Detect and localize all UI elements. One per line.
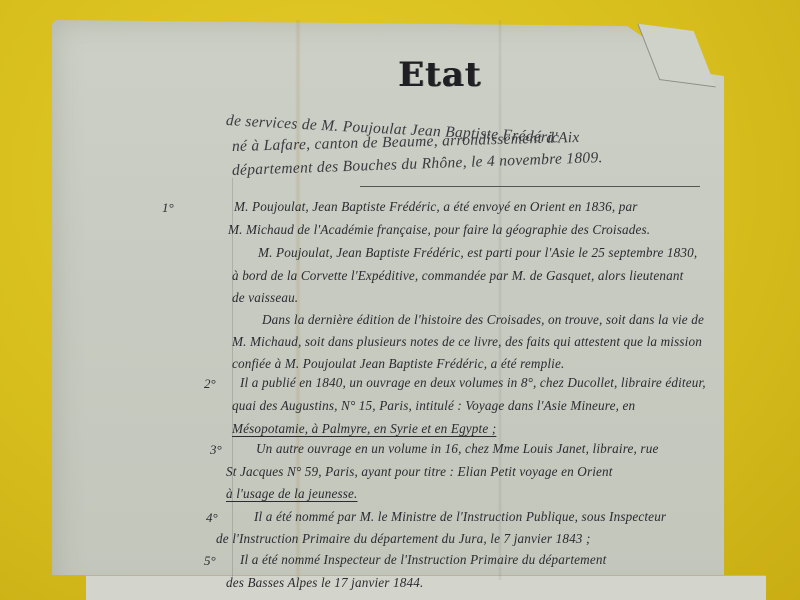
item-line: St Jacques N° 59, Paris, ayant pour titr…: [226, 464, 613, 480]
item-line: à l'usage de la jeunesse.: [226, 486, 357, 502]
item-line: M. Poujoulat, Jean Baptiste Frédéric, a …: [234, 199, 638, 215]
item-line: de l'Instruction Primaire du département…: [216, 531, 591, 547]
item-line: des Basses Alpes le 17 janvier 1844.: [226, 575, 423, 591]
item-line: de vaisseau.: [232, 290, 298, 306]
item-line: Mésopotamie, à Palmyre, en Syrie et en E…: [232, 421, 496, 437]
page-bottom-fold: [86, 575, 766, 600]
item-line: M. Poujoulat, Jean Baptiste Frédéric, es…: [258, 245, 697, 261]
margin-rule: [232, 178, 233, 578]
item-line: Il a été nommé Inspecteur de l'Instructi…: [240, 552, 606, 568]
item-line: M. Michaud de l'Académie française, pour…: [228, 222, 650, 238]
item-line: Un autre ouvrage en un volume in 16, che…: [256, 441, 658, 457]
item-number: 3°: [210, 442, 222, 458]
item-number: 1°: [162, 200, 174, 216]
item-line: Dans la dernière édition de l'histoire d…: [262, 312, 704, 328]
item-number: 5°: [204, 553, 216, 569]
item-number: 4°: [206, 510, 218, 526]
item-line: confiée à M. Poujoulat Jean Baptiste Fré…: [232, 356, 564, 372]
document-title: Etat: [398, 55, 481, 95]
item-line: quai des Augustins, N° 15, Paris, intitu…: [232, 398, 635, 414]
heading-underline: [360, 186, 700, 187]
paper-crease-right: [498, 20, 502, 580]
item-line: Il a publié en 1840, un ouvrage en deux …: [240, 375, 706, 391]
item-line: Il a été nommé par M. le Ministre de l'I…: [254, 509, 666, 525]
item-line: M. Michaud, soit dans plusieurs notes de…: [232, 334, 702, 350]
item-number: 2°: [204, 376, 216, 392]
item-line: à bord de la Corvette l'Expéditive, comm…: [232, 268, 683, 284]
